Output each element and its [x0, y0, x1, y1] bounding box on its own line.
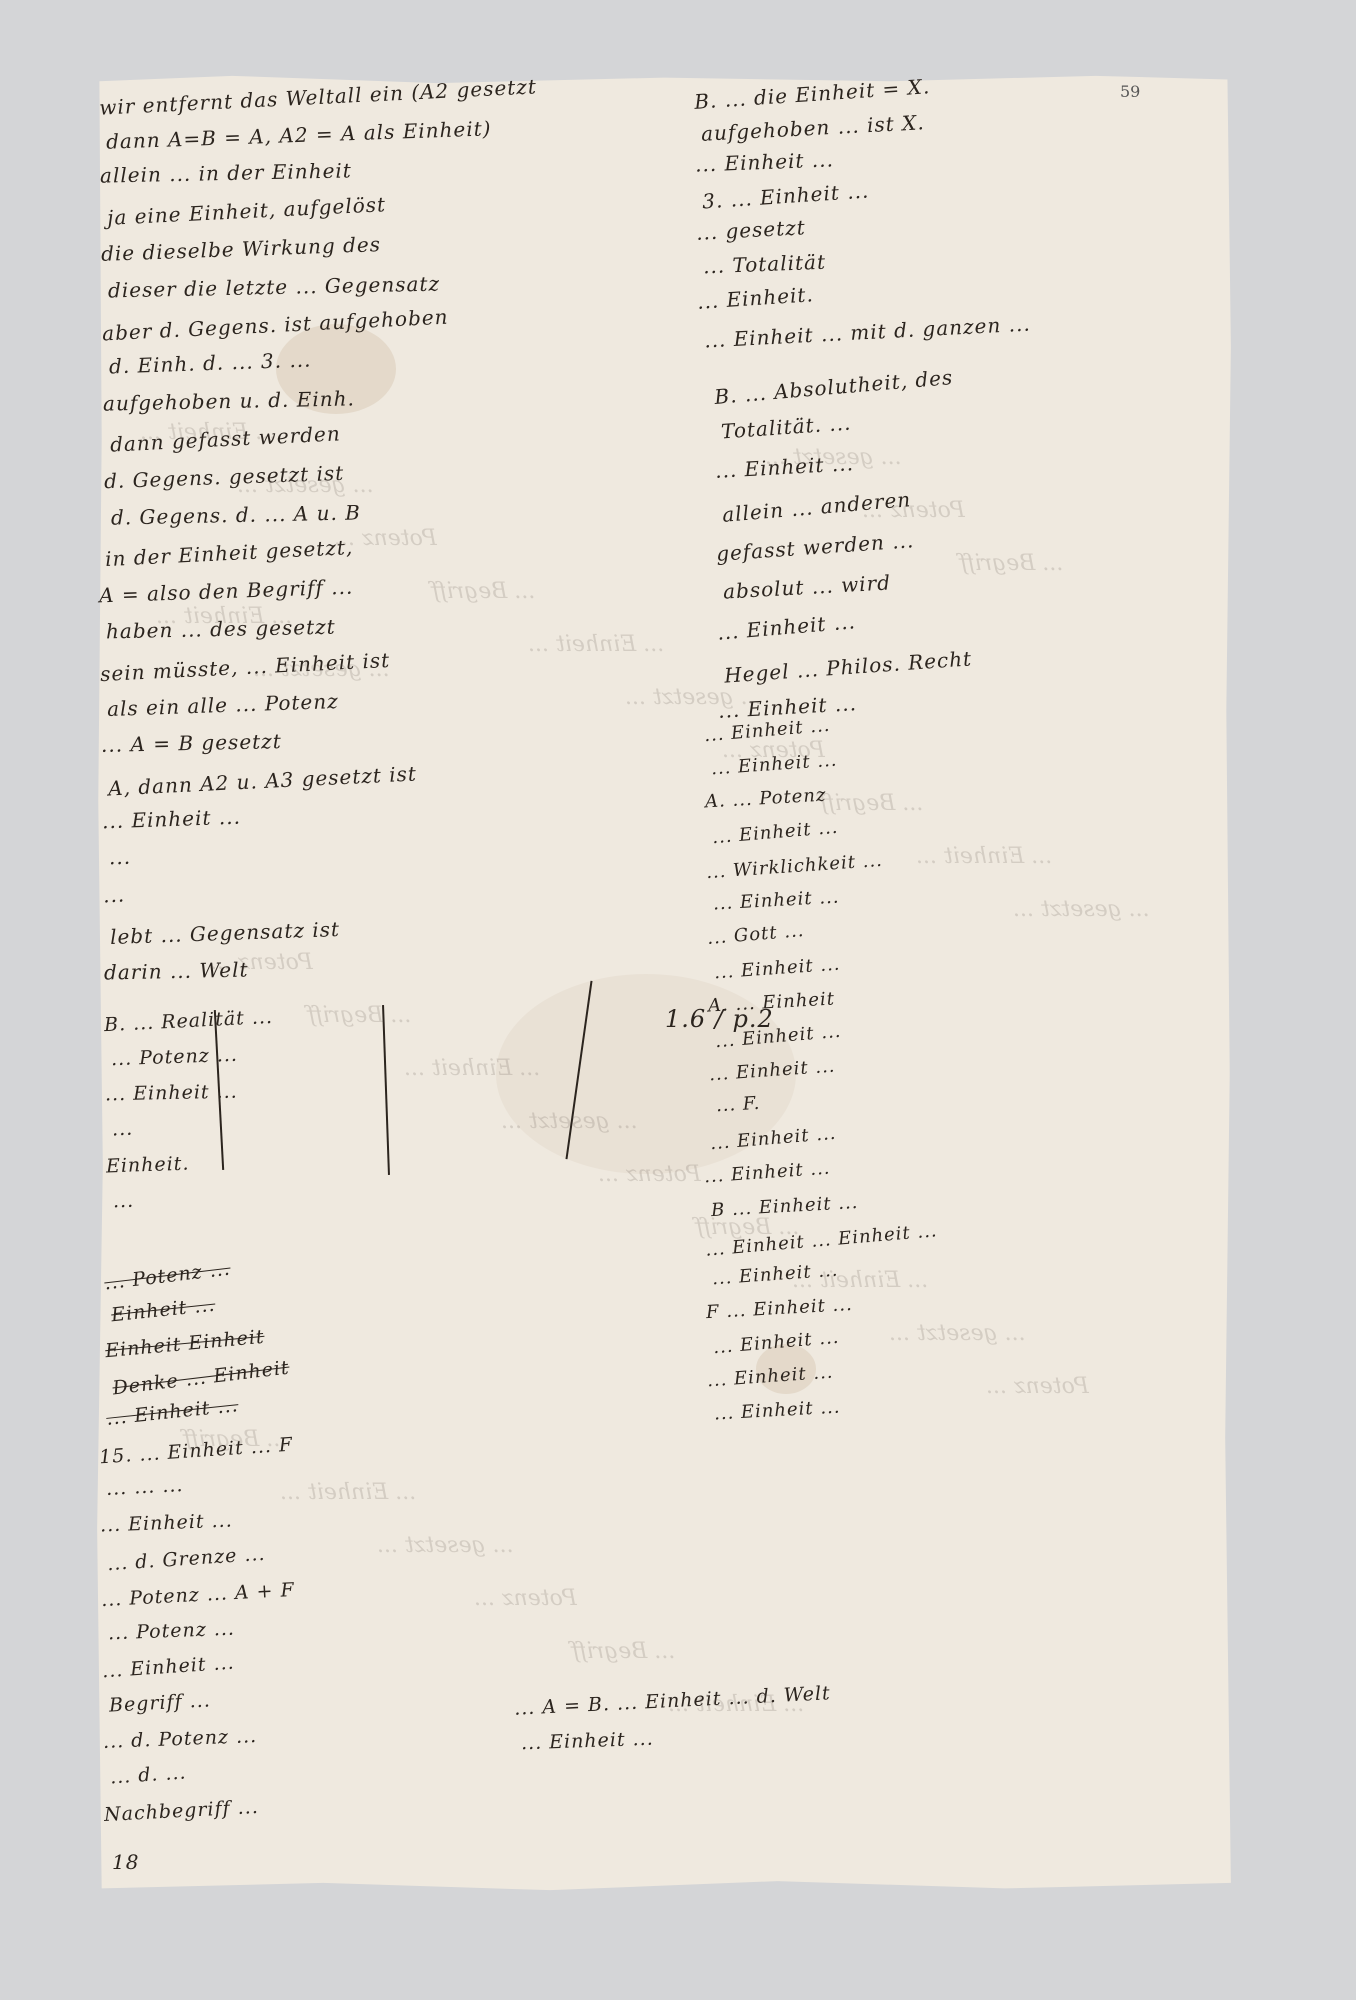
- handwritten-line: ...: [113, 1190, 135, 1212]
- handwritten-line: ... A = B gesetzt: [101, 729, 282, 757]
- bleed-through-text: Potenz ...: [986, 1374, 1089, 1399]
- handwritten-line: ... F.: [715, 1093, 760, 1116]
- bleed-through-text: ... gesetzt ...: [765, 445, 902, 470]
- bleed-through-text: ... Einheit ...: [916, 844, 1052, 869]
- bleed-through-text: ... Begriff: [431, 579, 535, 604]
- bleed-through-text: ... Begriff: [819, 791, 923, 816]
- bleed-through-text: Potenz ...: [474, 1586, 577, 1611]
- bleed-through-text: ... gesetzt ...: [253, 657, 390, 682]
- page-mark: 18: [112, 1850, 139, 1874]
- bleed-through-text: ... Begriff: [695, 1215, 799, 1240]
- handwritten-line: ... Einheit ...: [521, 1728, 654, 1755]
- handwritten-line: ... ... ...: [105, 1474, 183, 1500]
- bleed-through-text: ... Einheit ...: [140, 420, 276, 445]
- bleed-through-text: Potenz ...: [722, 738, 825, 763]
- manuscript-page: [96, 74, 1232, 1892]
- bleed-through-text: ... Begriff: [307, 1003, 411, 1028]
- bleed-through-text: ... Einheit ...: [668, 1692, 804, 1717]
- bleed-through-text: Potenz ...: [334, 526, 437, 551]
- bleed-through-text: Potenz ...: [598, 1162, 701, 1187]
- handwritten-line: ... Totalität: [703, 250, 827, 279]
- bleed-through-text: Potenz ...: [862, 498, 965, 523]
- bleed-through-text: ... Begriff: [183, 1427, 287, 1452]
- handwritten-line: ... Einheit ...: [105, 1081, 238, 1106]
- bleed-through-text: ... Einheit ...: [156, 604, 292, 629]
- handwritten-line: ... Potenz ...: [111, 1044, 239, 1070]
- bleed-through-text: Potenz ...: [210, 950, 313, 975]
- bleed-through-text: ... gesetzt ...: [501, 1109, 638, 1134]
- bleed-through-text: ... Einheit ...: [792, 1268, 928, 1293]
- bleed-through-text: ... gesetzt ...: [237, 473, 374, 498]
- bleed-through-text: ... Einheit ...: [528, 632, 664, 657]
- handwritten-line: ...: [111, 1117, 133, 1140]
- handwritten-line: ...: [102, 882, 125, 907]
- bleed-through-text: ... gesetzt ...: [1013, 897, 1150, 922]
- bleed-through-text: ... Einheit ...: [404, 1056, 540, 1081]
- bleed-through-text: ... gesetzt ...: [377, 1533, 514, 1558]
- bleed-through-text: ... gesetzt ...: [889, 1321, 1026, 1346]
- folio-number: 59: [1120, 82, 1140, 101]
- handwritten-line: ...: [109, 845, 132, 869]
- handwritten-line: Einheit.: [106, 1153, 190, 1178]
- bleed-through-text: ... Begriff: [959, 551, 1063, 576]
- bleed-through-text: ... Begriff: [571, 1639, 675, 1664]
- handwritten-line: ... Einheit ...: [102, 805, 242, 834]
- bleed-through-text: ... Einheit ...: [280, 1480, 416, 1505]
- bleed-through-text: ... gesetzt ...: [625, 685, 762, 710]
